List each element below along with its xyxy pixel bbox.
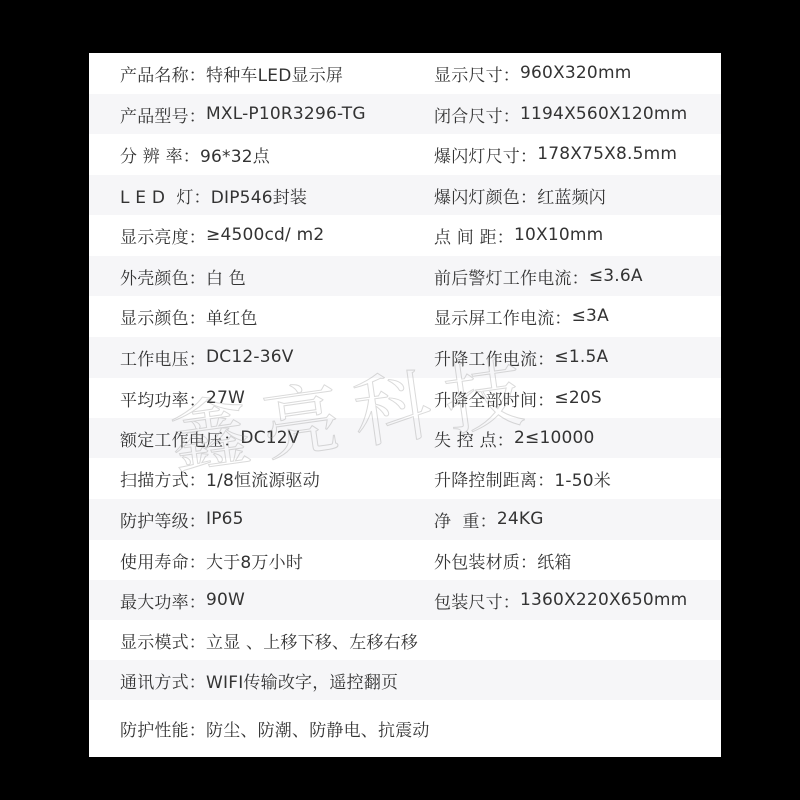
spec-row: 外壳颜色：白 色 前后警灯工作电流：≤3.6A bbox=[89, 256, 721, 297]
spec-lift-control-distance: 升降控制距离：1-50米 bbox=[434, 458, 611, 499]
spec-closed-size: 闭合尺寸：1194X560X120mm bbox=[434, 94, 687, 135]
spec-value: 立显 、上移下移、左移右移 bbox=[206, 628, 418, 653]
spec-label: 防护等级： bbox=[120, 507, 206, 532]
spec-label: 外壳颜色： bbox=[120, 264, 206, 289]
spec-value: IP65 bbox=[206, 509, 244, 529]
spec-row: 额定工作电压：DC12V 失 控 点：2≤10000 bbox=[89, 418, 721, 459]
spec-row: 使用寿命：大于8万小时 外包装材质：纸箱 bbox=[89, 540, 721, 581]
spec-label: 点 间 距： bbox=[434, 223, 514, 248]
spec-value: 1/8恒流源驱动 bbox=[206, 466, 320, 491]
spec-brightness: 显示亮度：≥4500cd/ m2 bbox=[120, 215, 324, 256]
spec-model: 产品型号：MXL-P10R3296-TG bbox=[120, 94, 366, 135]
spec-pixel-pitch: 点 间 距：10X10mm bbox=[434, 215, 603, 256]
spec-lift-time: 升降全部时间：≤20S bbox=[434, 378, 602, 419]
spec-lift-current: 升降工作电流：≤1.5A bbox=[434, 337, 608, 378]
spec-label: 包装尺寸： bbox=[434, 588, 520, 613]
spec-value: MXL-P10R3296-TG bbox=[206, 104, 366, 124]
spec-label: 爆闪灯尺寸： bbox=[434, 142, 537, 167]
spec-value: ≤3A bbox=[572, 306, 609, 326]
spec-display-color: 显示颜色：单红色 bbox=[120, 296, 258, 337]
spec-label: 显示模式： bbox=[120, 628, 206, 653]
spec-label: 使用寿命： bbox=[120, 548, 206, 573]
spec-label: 分 辨 率： bbox=[120, 142, 200, 167]
spec-row: 防护性能：防尘、防潮、防静电、抗震动 bbox=[89, 700, 721, 757]
spec-protection-grade: 防护等级：IP65 bbox=[120, 499, 244, 540]
spec-value: ≤1.5A bbox=[554, 347, 608, 367]
spec-label: 防护性能： bbox=[120, 716, 206, 741]
spec-value: 960X320mm bbox=[520, 63, 631, 83]
spec-label: 显示尺寸： bbox=[434, 61, 520, 86]
spec-row: L E D 灯：DIP546封装 爆闪灯颜色：红蓝频闪 bbox=[89, 175, 721, 216]
spec-label: 前后警灯工作电流： bbox=[434, 264, 589, 289]
spec-row: 分 辨 率：96*32点 爆闪灯尺寸：178X75X8.5mm bbox=[89, 134, 721, 175]
spec-package-size: 包装尺寸：1360X220X650mm bbox=[434, 580, 687, 621]
spec-value: 防尘、防潮、防静电、抗震动 bbox=[206, 716, 430, 741]
spec-resolution: 分 辨 率：96*32点 bbox=[120, 134, 270, 175]
spec-sheet-panel: 产品名称：特种车LED显示屏 显示尺寸：960X320mm 产品型号：MXL-P… bbox=[89, 53, 721, 757]
spec-row: 扫描方式：1/8恒流源驱动 升降控制距离：1-50米 bbox=[89, 458, 721, 499]
spec-average-power: 平均功率：27W bbox=[120, 378, 245, 419]
spec-label: 闭合尺寸： bbox=[434, 102, 520, 127]
spec-value: 10X10mm bbox=[514, 225, 603, 245]
spec-value: 1-50米 bbox=[554, 466, 611, 491]
spec-value: 红蓝频闪 bbox=[537, 183, 606, 208]
spec-value: 178X75X8.5mm bbox=[537, 144, 677, 164]
spec-communication: 通讯方式：WIFI传输改字，遥控翻页 bbox=[120, 660, 398, 701]
spec-row: 产品型号：MXL-P10R3296-TG 闭合尺寸：1194X560X120mm bbox=[89, 94, 721, 135]
spec-label: 平均功率： bbox=[120, 386, 206, 411]
spec-display-size: 显示尺寸：960X320mm bbox=[434, 53, 631, 94]
spec-label: 升降全部时间： bbox=[434, 386, 554, 411]
spec-value: WIFI传输改字，遥控翻页 bbox=[206, 668, 398, 693]
spec-packaging-material: 外包装材质：纸箱 bbox=[434, 540, 572, 581]
spec-value: 特种车LED显示屏 bbox=[206, 61, 343, 86]
spec-value: DIP546封装 bbox=[211, 183, 307, 208]
spec-row: 显示颜色：单红色 显示屏工作电流：≤3A bbox=[89, 296, 721, 337]
spec-value: ≤20S bbox=[554, 388, 601, 408]
spec-value: DC12V bbox=[240, 428, 299, 448]
spec-label: L E D 灯： bbox=[120, 183, 211, 208]
spec-label: 工作电压： bbox=[120, 345, 206, 370]
spec-label: 显示颜色： bbox=[120, 304, 206, 329]
spec-working-voltage: 工作电压：DC12-36V bbox=[120, 337, 294, 378]
spec-row: 显示亮度：≥4500cd/ m2 点 间 距：10X10mm bbox=[89, 215, 721, 256]
spec-row: 产品名称：特种车LED显示屏 显示尺寸：960X320mm bbox=[89, 53, 721, 94]
spec-product-name: 产品名称：特种车LED显示屏 bbox=[120, 53, 343, 94]
spec-label: 升降控制距离： bbox=[434, 466, 554, 491]
spec-label: 升降工作电流： bbox=[434, 345, 554, 370]
spec-value: 96*32点 bbox=[200, 142, 270, 167]
spec-strobe-color: 爆闪灯颜色：红蓝频闪 bbox=[434, 175, 606, 216]
spec-label: 外包装材质： bbox=[434, 548, 537, 573]
spec-protection-features: 防护性能：防尘、防潮、防静电、抗震动 bbox=[120, 700, 430, 757]
spec-strobe-size: 爆闪灯尺寸：178X75X8.5mm bbox=[434, 134, 677, 175]
spec-value: 1360X220X650mm bbox=[520, 590, 687, 610]
spec-label: 通讯方式： bbox=[120, 668, 206, 693]
spec-label: 最大功率： bbox=[120, 588, 206, 613]
spec-value: ≤3.6A bbox=[589, 266, 643, 286]
spec-screen-current: 显示屏工作电流：≤3A bbox=[434, 296, 609, 337]
spec-row: 工作电压：DC12-36V 升降工作电流：≤1.5A bbox=[89, 337, 721, 378]
spec-label: 失 控 点： bbox=[434, 426, 514, 451]
spec-label: 净 重： bbox=[434, 507, 497, 532]
spec-led-lamp: L E D 灯：DIP546封装 bbox=[120, 175, 307, 216]
spec-label: 额定工作电压： bbox=[120, 426, 240, 451]
spec-dead-pixels: 失 控 点：2≤10000 bbox=[434, 418, 595, 459]
spec-value: 2≤10000 bbox=[514, 428, 595, 448]
spec-value: 纸箱 bbox=[537, 548, 571, 573]
spec-scan-mode: 扫描方式：1/8恒流源驱动 bbox=[120, 458, 320, 499]
spec-label: 爆闪灯颜色： bbox=[434, 183, 537, 208]
spec-value: 1194X560X120mm bbox=[520, 104, 687, 124]
spec-row: 显示模式：立显 、上移下移、左移右移 bbox=[89, 620, 721, 661]
spec-value: ≥4500cd/ m2 bbox=[206, 225, 324, 245]
spec-row: 平均功率：27W 升降全部时间：≤20S bbox=[89, 378, 721, 419]
spec-housing-color: 外壳颜色：白 色 bbox=[120, 256, 246, 297]
spec-value: 27W bbox=[206, 388, 245, 408]
spec-label: 产品名称： bbox=[120, 61, 206, 86]
spec-value: 90W bbox=[206, 590, 245, 610]
spec-row: 最大功率：90W 包装尺寸：1360X220X650mm bbox=[89, 580, 721, 621]
spec-label: 显示亮度： bbox=[120, 223, 206, 248]
spec-warning-light-current: 前后警灯工作电流：≤3.6A bbox=[434, 256, 643, 297]
spec-max-power: 最大功率：90W bbox=[120, 580, 245, 621]
spec-display-mode: 显示模式：立显 、上移下移、左移右移 bbox=[120, 620, 418, 661]
spec-value: 大于8万小时 bbox=[206, 548, 303, 573]
spec-value: 白 色 bbox=[206, 264, 246, 289]
spec-value: 单红色 bbox=[206, 304, 258, 329]
spec-lifespan: 使用寿命：大于8万小时 bbox=[120, 540, 303, 581]
spec-net-weight: 净 重：24KG bbox=[434, 499, 544, 540]
spec-row: 防护等级：IP65 净 重：24KG bbox=[89, 499, 721, 540]
spec-label: 扫描方式： bbox=[120, 466, 206, 491]
spec-rated-voltage: 额定工作电压：DC12V bbox=[120, 418, 300, 459]
spec-value: DC12-36V bbox=[206, 347, 294, 367]
spec-label: 显示屏工作电流： bbox=[434, 304, 572, 329]
spec-row: 通讯方式：WIFI传输改字，遥控翻页 bbox=[89, 660, 721, 701]
spec-label: 产品型号： bbox=[120, 102, 206, 127]
spec-value: 24KG bbox=[497, 509, 544, 529]
